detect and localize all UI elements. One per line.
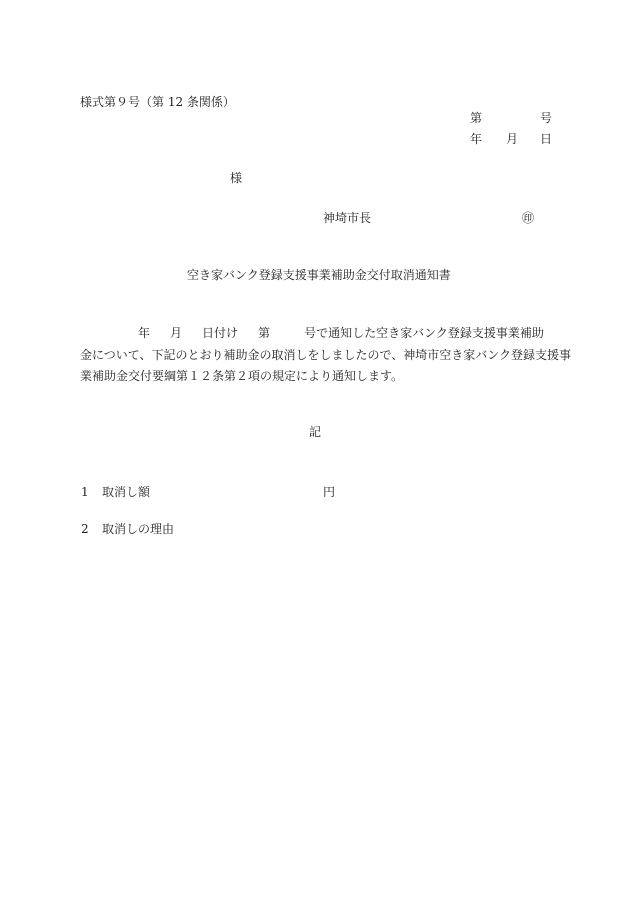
item-number: 2 — [81, 521, 89, 537]
issuer: 神埼市長 — [323, 210, 371, 226]
body-paragraph: 年月日付け第号で通知した空き家バンク登録支援事業補助 金について、下記のとおり補… — [80, 323, 558, 388]
date-year: 年 — [470, 131, 482, 147]
ref-no-suffix: 号 — [540, 110, 552, 126]
item-label: 取消し額 — [102, 484, 150, 500]
item-number: 1 — [81, 484, 89, 500]
item-label: 取消しの理由 — [102, 521, 174, 537]
ki-heading: 記 — [309, 424, 321, 440]
body-line-1: 年月日付け第号で通知した空き家バンク登録支援事業補助 — [80, 323, 558, 345]
date-day: 日 — [540, 131, 552, 147]
date-month: 月 — [506, 131, 518, 147]
seal-mark: ㊞ — [522, 210, 534, 226]
form-number: 様式第９号（第 12 条関係） — [80, 94, 235, 110]
document-title: 空き家バンク登録支援事業補助金交付取消通知書 — [187, 267, 451, 283]
item-unit: 円 — [323, 484, 335, 500]
addressee-suffix: 様 — [230, 170, 242, 186]
body-line-3: 業補助金交付要綱第１２条第２項の規定により通知します。 — [80, 366, 558, 388]
ref-no-label: 第 — [470, 110, 482, 126]
body-line-2: 金について、下記のとおり補助金の取消しをしましたので、神埼市空き家バンク登録支援… — [80, 345, 558, 367]
